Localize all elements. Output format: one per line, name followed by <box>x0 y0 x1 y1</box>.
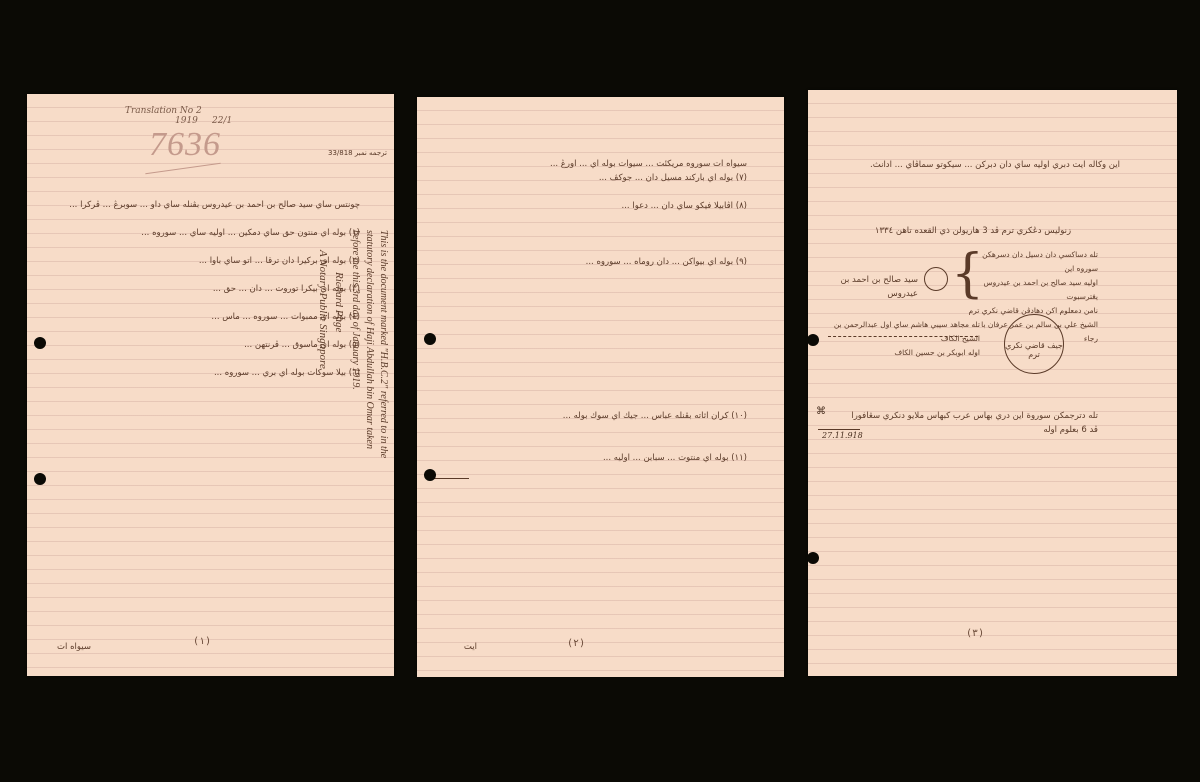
translation-label: Translation No 2 <box>125 106 202 116</box>
punch-hole <box>424 333 436 345</box>
punch-hole <box>424 469 436 481</box>
stamp-underline <box>818 429 860 430</box>
catalog-number: 7636 <box>149 126 221 164</box>
signature-dashed-line <box>828 336 978 337</box>
page-number: (٣) <box>966 628 984 639</box>
catalog-underline <box>145 163 220 175</box>
qadi-seal-text: جيف قاضي نكري ترم <box>1005 341 1063 359</box>
punch-hole <box>34 337 46 349</box>
translation-note: تله دترجمكن سوروة اين دري بهاس عرب كبهاس… <box>848 409 1098 437</box>
seal-signatory-name: سيد صالح بن احمد بن عيدروس <box>818 273 918 301</box>
page3-intro-text: اين وكاله ايت دبري اوليه ساي دان دبركن .… <box>820 158 1120 228</box>
second-witness-lines: تله مجاهد سيبي هاشم ساي اول عبدالرحمن بن… <box>820 318 980 360</box>
punch-hole <box>34 473 46 485</box>
notary-signature: Richard Page <box>333 272 345 332</box>
manuscript-page-1: Translation No 2 1919 22/1 7636 ترجمه نم… <box>27 94 394 676</box>
english-annotation-line-3: before me this 3rd day of January 1919. <box>350 230 361 390</box>
page-number: (١) <box>193 636 211 647</box>
year-note: 1919 <box>175 116 198 126</box>
translator-date: 27.11.918 <box>822 431 863 440</box>
small-seal-circle <box>924 267 948 291</box>
translator-stamp-icon: ⌘ <box>816 406 826 417</box>
reference-note: 22/1 <box>212 116 232 126</box>
english-annotation-line-2: statutory declaration of Haji Abdullah b… <box>364 230 375 449</box>
punch-hole <box>807 552 819 564</box>
page2-body-text: سيواه ات سوروه مريكئت ... سيوات بوله اي … <box>427 157 747 637</box>
page-number: (٢) <box>567 638 585 649</box>
continuation-word: ايت <box>427 640 477 654</box>
manuscript-page-3: اين وكاله ايت دبري اوليه ساي دان دبركن .… <box>808 90 1177 676</box>
manuscript-page-2: سيواه ات سوروه مريكئت ... سيوات بوله اي … <box>417 97 784 677</box>
page1-body-text: چونتس ساي سيد صالح بن احمد بن عيدروس بڤن… <box>35 198 360 658</box>
notary-title: A Notary Public Singapore <box>317 250 329 369</box>
qadi-seal-circle: جيف قاضي نكري ترم <box>1004 314 1064 374</box>
punch-hole <box>807 334 819 346</box>
english-annotation-line-1: This is the document marked "H.B.C.2" re… <box>378 230 389 458</box>
jawi-reference-label: ترجمه نمبر 33/818 <box>327 146 387 160</box>
date-line: زنوليس دڠكري ترم ڤد 3 هاريولن ذي القعده … <box>858 224 1088 238</box>
continuation-word: سيواه ات <box>31 640 91 654</box>
